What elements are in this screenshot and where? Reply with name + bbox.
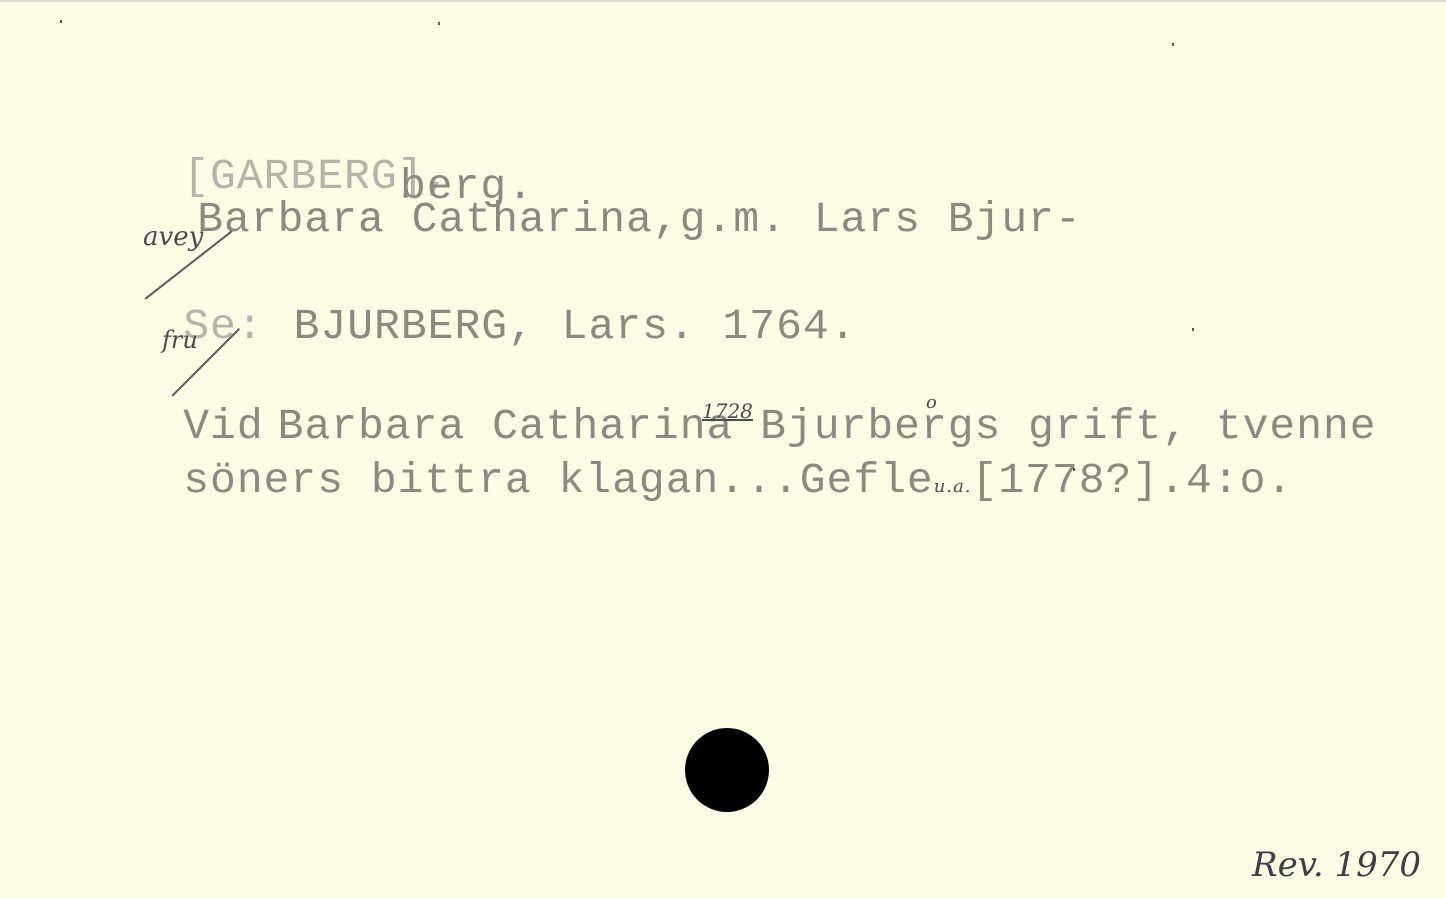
catalog-card: [GARBERG], Barbara Catharina,g.m. Lars B… (0, 0, 1446, 898)
see-target: BJURBERG, Lars. 1764. (294, 302, 857, 351)
handwritten-fru: fru (162, 328, 198, 352)
speck (438, 22, 440, 25)
handwritten-superscript-o: o (926, 394, 937, 412)
title-line-2-end: [1778?].4:o. (972, 456, 1294, 505)
title-place: Gefle (800, 456, 934, 505)
revision-note: Rev. 1970 (1252, 848, 1421, 882)
heading-line-1: [GARBERG], Barbara Catharina,g.m. Lars B… (76, 112, 1082, 284)
speck (1192, 328, 1194, 331)
speck (1172, 43, 1174, 46)
title-line-2: söners bittra klagan...Gefleu.a.[1778?].… (76, 416, 1293, 545)
handwritten-avey: avey (143, 224, 203, 250)
speck (1073, 468, 1075, 471)
handwritten-ua: u.a. (934, 476, 972, 497)
speck (60, 20, 62, 23)
punch-hole (685, 728, 769, 812)
title-line-2-start: söners bittra klagan... (183, 456, 800, 505)
heading-line-2: berg. (400, 165, 534, 208)
heading-given-names: Barbara Catharina,g.m. Lars Bjur- (197, 195, 1082, 244)
